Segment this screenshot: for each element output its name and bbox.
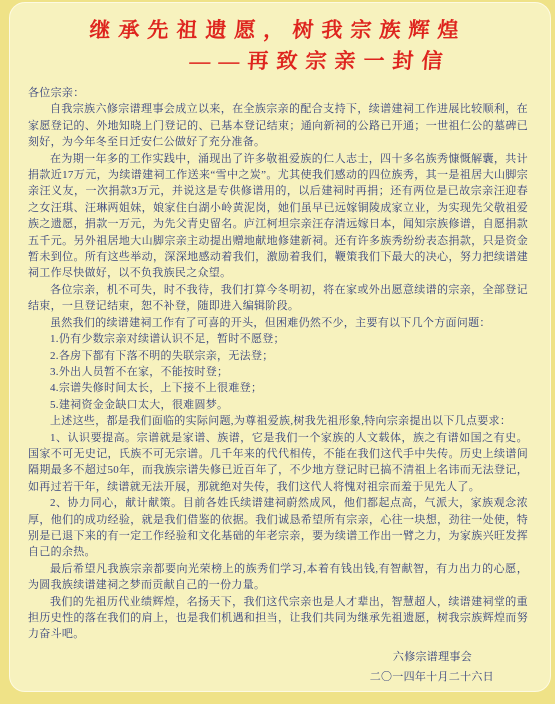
paragraph-final-appeal: 最后希望凡我族宗亲都要向光荣榜上的族秀们学习,本着有钱出钱,有智献智，有力出力的… [28, 561, 528, 594]
signature-org: 六修宗谱理事会 [28, 647, 528, 667]
paragraph-registration-deadline: 各位宗亲，机不可失，时不我待，我们打算今冬明初，将在家或外出愿意续谱的宗亲，全部… [28, 282, 528, 315]
title-line-1: 继承先祖遗愿，树我宗族辉煌 [27, 15, 529, 46]
paragraph-closing: 我们的先祖历代业绩辉煌，名扬天下，我们这代宗亲也是人才辈出，智慧超人，续谱建祠堂… [28, 594, 528, 643]
paragraph-intro-progress: 自我宗族六修宗谱理事会成立以来，在全族宗亲的配合支持下，续谱建祠工作进展比较顺利… [28, 101, 528, 150]
signature-date: 二〇一四年十月二十六日 [28, 667, 528, 687]
problem-item-5: 5.建祠资金金缺口太大，很难圆梦。 [28, 397, 528, 413]
paragraph-problems-intro: 虽然我们的续谱建祠工作有了可喜的开头，但困难仍然不少，主要有以下几个方面问题： [28, 315, 528, 331]
signature-block: 六修宗谱理事会 二〇一四年十月二十六日 [28, 647, 528, 687]
title-line-2: ——再致宗亲一封信 [69, 46, 555, 77]
problem-item-2: 2.各房下都有下落不明的失联宗亲，无法登； [28, 348, 528, 364]
letter-panel: 继承先祖遗愿，树我宗族辉煌 ——再致宗亲一封信 各位宗亲： 自我宗族六修宗谱理事… [9, 2, 551, 692]
letter-body: 各位宗亲： 自我宗族六修宗谱理事会成立以来，在全族宗亲的配合支持下，续谱建祠工作… [28, 85, 528, 687]
problem-list: 1.仍有少数宗亲对续谱认识不足，暂时不愿登； 2.各房下都有下落不明的失联宗亲，… [28, 331, 528, 413]
paragraph-request-2-cooperation: 2、协力同心，献计献策。目前各姓氏续谱建祠蔚然成风，他们都起点高，气派大，家族观… [28, 495, 528, 561]
salutation: 各位宗亲： [28, 85, 528, 101]
paragraph-donations: 在为期一年多的工作实践中，涌现出了许多敬祖爱族的仁人志士，四十多名族秀慷慨解囊，… [28, 151, 528, 282]
letter-title: 继承先祖遗愿，树我宗族辉煌 ——再致宗亲一封信 [28, 15, 528, 77]
problem-item-3: 3.外出人员暂不在家，不能按时登； [28, 364, 528, 380]
problem-item-4: 4.宗谱失修时间太长，上下接不上很难登； [28, 380, 528, 396]
paragraph-requests-intro: 上述这些，都是我们面临的实际问题,为尊祖爱族,树我先祖形象,特向宗亲提出以下几点… [28, 413, 528, 429]
problem-item-1: 1.仍有少数宗亲对续谱认识不足，暂时不愿登； [28, 331, 528, 347]
paragraph-request-1-awareness: 1、认识要提高。宗谱就是家谱、族谱，它是我们一个家族的人文载体，族之有谱如国之有… [28, 430, 528, 496]
